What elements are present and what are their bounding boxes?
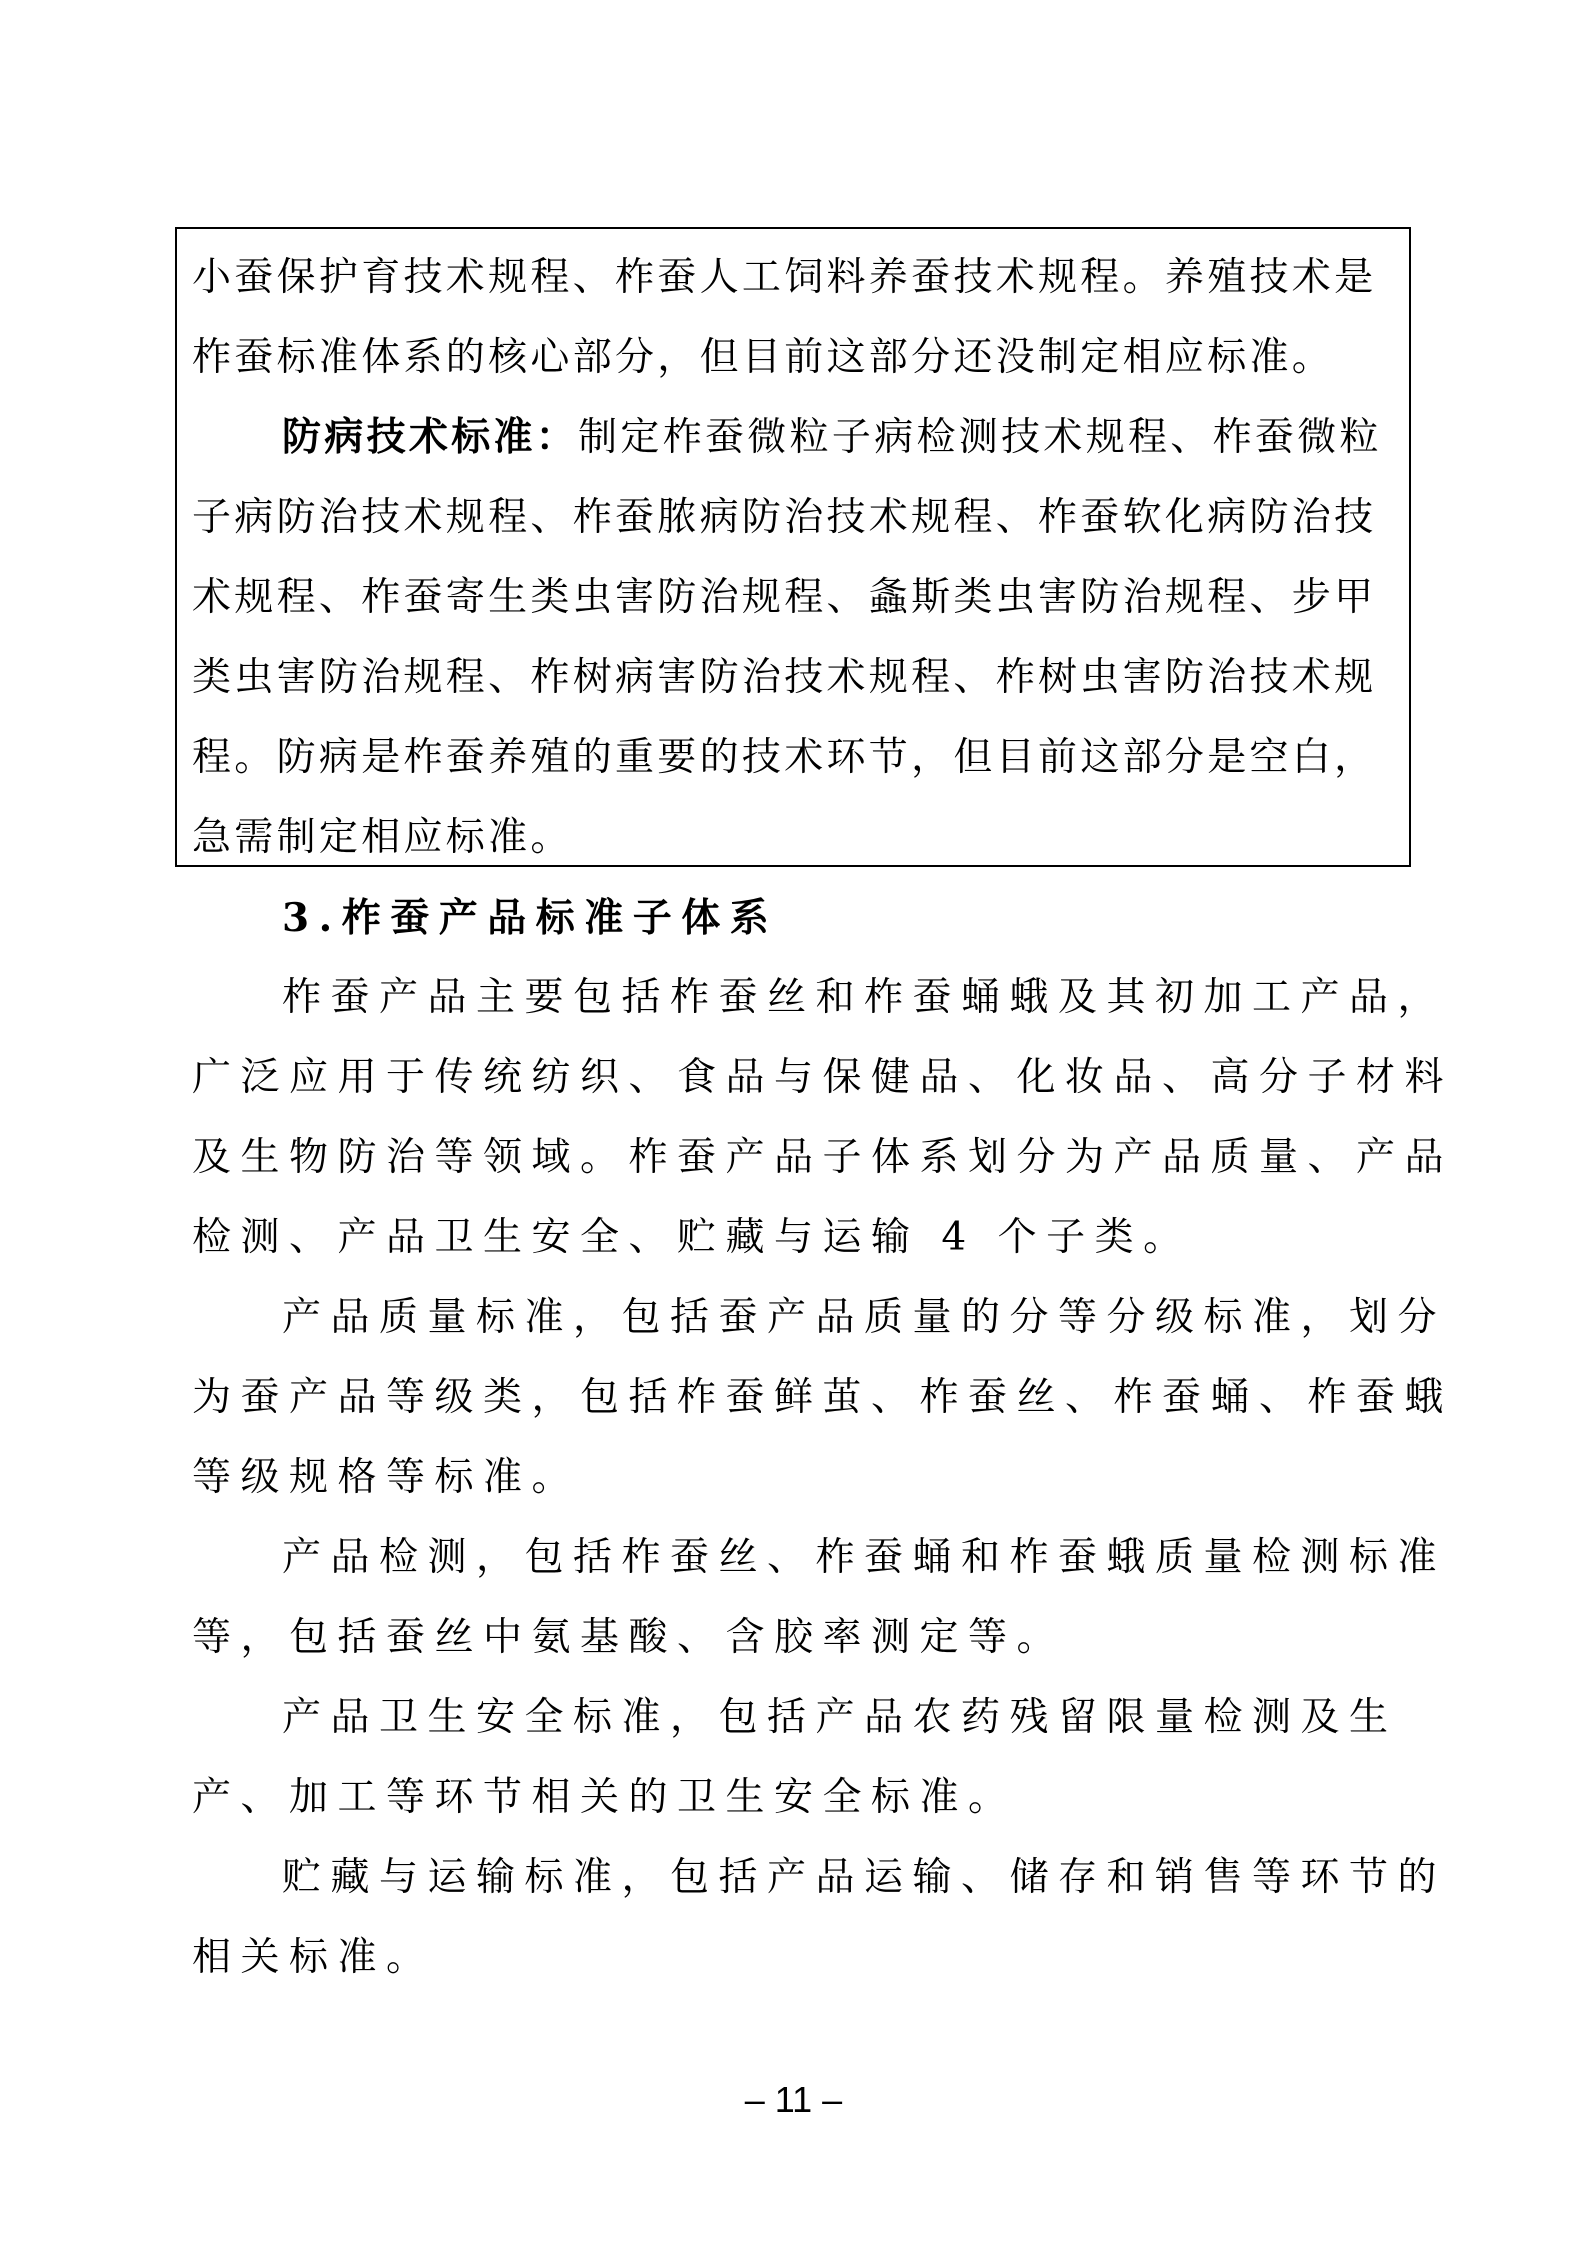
boxed-text-line: 柞蚕标准体系的核心部分，但目前这部分还没制定相应标准。 bbox=[192, 328, 1402, 388]
document-page: 小蚕保护育技术规程、柞蚕人工饲料养蚕技术规程。养殖技术是 柞蚕标准体系的核心部分… bbox=[0, 0, 1587, 2245]
boxed-text-line: 术规程、柞蚕寄生类虫害防治规程、螽斯类虫害防治规程、步甲 bbox=[192, 568, 1402, 628]
boxed-text-line: 急需制定相应标准。 bbox=[192, 808, 1402, 868]
boxed-text-line: 小蚕保护育技术规程、柞蚕人工饲料养蚕技术规程。养殖技术是 bbox=[192, 248, 1402, 308]
boxed-text-line: 类虫害防治规程、柞树病害防治技术规程、柞树虫害防治技术规 bbox=[192, 648, 1402, 708]
paragraph-line: 等，包括蚕丝中氨基酸、含胶率测定等。 bbox=[192, 1608, 1402, 1668]
paragraph-line: 产品检测，包括柞蚕丝、柞蚕蛹和柞蚕蛾质量检测标准 bbox=[282, 1528, 1492, 1588]
section-title: 柞蚕产品标准子体系 bbox=[342, 895, 779, 941]
disease-standard-text: 制定柞蚕微粒子病检测技术规程、柞蚕微粒 bbox=[578, 415, 1382, 460]
paragraph-line: 产、加工等环节相关的卫生安全标准。 bbox=[192, 1768, 1402, 1828]
boxed-text-line: 程。防病是柞蚕养殖的重要的技术环节，但目前这部分是空白， bbox=[192, 728, 1402, 788]
paragraph-line: 柞蚕产品主要包括柞蚕丝和柞蚕蛹蛾及其初加工产品， bbox=[282, 968, 1492, 1028]
paragraph-line: 广泛应用于传统纺织、食品与保健品、化妆品、高分子材料 bbox=[192, 1048, 1402, 1108]
disease-standard-first-line: 防病技术标准：制定柞蚕微粒子病检测技术规程、柞蚕微粒 bbox=[282, 408, 1492, 468]
paragraph-line: 等级规格等标准。 bbox=[192, 1448, 1402, 1508]
paragraph-line: 产品质量标准，包括蚕产品质量的分等分级标准，划分 bbox=[282, 1288, 1492, 1348]
paragraph-line: 贮藏与运输标准，包括产品运输、储存和销售等环节的 bbox=[282, 1848, 1492, 1908]
paragraph-line: 及生物防治等领域。柞蚕产品子体系划分为产品质量、产品 bbox=[192, 1128, 1402, 1188]
section-number: 3. bbox=[282, 895, 342, 941]
paragraph-line: 产品卫生安全标准，包括产品农药残留限量检测及生 bbox=[282, 1688, 1492, 1748]
paragraph-line: 为蚕产品等级类，包括柞蚕鲜茧、柞蚕丝、柞蚕蛹、柞蚕蛾 bbox=[192, 1368, 1402, 1428]
disease-standard-label: 防病技术标准： bbox=[282, 415, 578, 460]
paragraph-line: 检测、产品卫生安全、贮藏与运输 4 个子类。 bbox=[192, 1208, 1402, 1268]
paragraph-line: 相关标准。 bbox=[192, 1928, 1402, 1988]
section-heading: 3.柞蚕产品标准子体系 bbox=[282, 888, 1492, 948]
boxed-text-line: 子病防治技术规程、柞蚕脓病防治技术规程、柞蚕软化病防治技 bbox=[192, 488, 1402, 548]
page-number: – 11 – bbox=[0, 2080, 1587, 2120]
